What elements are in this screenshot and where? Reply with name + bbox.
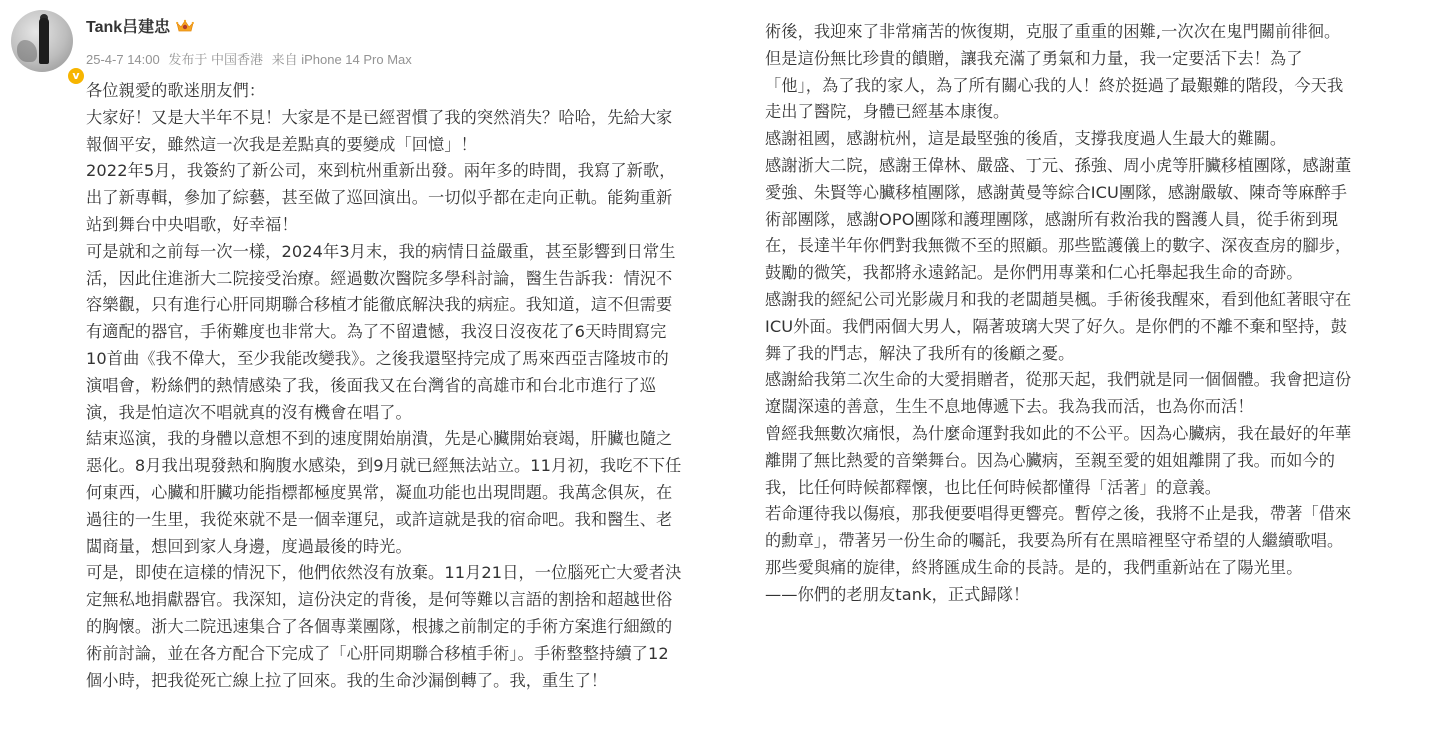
post-body-right-column: 術後，我迎來了非常痛苦的恢復期，克服了重重的困難,一次次在鬼門關前徘徊。 但是這… — [765, 19, 1425, 609]
author-row: Tank吕建忠 — [86, 14, 194, 37]
post-body-left-column: 各位親愛的歌迷朋友們： 大家好！又是大半年不見！大家是不是已經習慣了我的突然消失… — [86, 78, 741, 694]
paragraph-greeting: 各位親愛的歌迷朋友們： — [86, 78, 741, 105]
post-source: 来自 iPhone 14 Pro Max — [272, 52, 412, 67]
paragraph-transplant: 可是，即使在這樣的情況下，他們依然沒有放棄。11月21日，一位腦死亡大愛者決 定… — [86, 560, 741, 694]
post-location: 发布于 中国香港 — [168, 52, 263, 67]
verified-badge-icon: v — [66, 66, 86, 86]
paragraph-thanks-hospital: 感謝浙大二院，感謝王偉林、嚴盛、丁元、孫強、周小虎等肝臟移植團隊，感謝董 愛強、… — [765, 153, 1425, 287]
paragraph-2024-illness: 可是就和之前每一次一樣，2024年3月末，我的病情日益嚴重，甚至影響到日常生 活… — [86, 239, 741, 427]
avatar-figure — [39, 18, 49, 64]
paragraph-future: 若命運待我以傷痕，那我便要唱得更響亮。暫停之後，我將不止是我，帶著「借來 的勳章… — [765, 501, 1425, 581]
avatar-shadow — [17, 40, 37, 62]
paragraph-2022: 2022年5月，我簽約了新公司，來到杭州重新出發。兩年多的時間，我寫了新歌， 出… — [86, 158, 741, 238]
author-name[interactable]: Tank吕建忠 — [86, 14, 170, 37]
paragraph-signoff: ——你們的老朋友tank，正式歸隊！ — [765, 582, 1425, 609]
paragraph-thanks-donor: 感謝給我第二次生命的大愛捐贈者，從那天起，我們就是同一個個體。我會把這份 遼闊深… — [765, 367, 1425, 421]
paragraph-intro: 大家好！又是大半年不見！大家是不是已經習慣了我的突然消失？哈哈，先給大家 報個平… — [86, 105, 741, 159]
paragraph-thanks-company: 感謝我的經紀公司光影歲月和我的老闆趙昊楓。手術後我醒來，看到他紅著眼守在 ICU… — [765, 287, 1425, 367]
crown-icon[interactable] — [176, 19, 194, 33]
post-meta: 25-4-7 14:00 发布于 中国香港 来自 iPhone 14 Pro M… — [86, 49, 417, 68]
paragraph-thanks-country: 感謝祖國，感謝杭州，這是最堅強的後盾，支撐我度過人生最大的難關。 — [765, 126, 1425, 153]
avatar[interactable]: v — [11, 10, 73, 72]
post-timestamp[interactable]: 25-4-7 14:00 — [86, 52, 160, 67]
paragraph-recovery: 術後，我迎來了非常痛苦的恢復期，克服了重重的困難,一次次在鬼門關前徘徊。 但是這… — [765, 19, 1425, 126]
paragraph-reflection: 曾經我無數次痛恨，為什麼命運對我如此的不公平。因為心臟病，我在最好的年華 離開了… — [765, 421, 1425, 501]
paragraph-decline: 結束巡演，我的身體以意想不到的速度開始崩潰，先是心臟開始衰竭，肝臟也隨之 惡化。… — [86, 426, 741, 560]
